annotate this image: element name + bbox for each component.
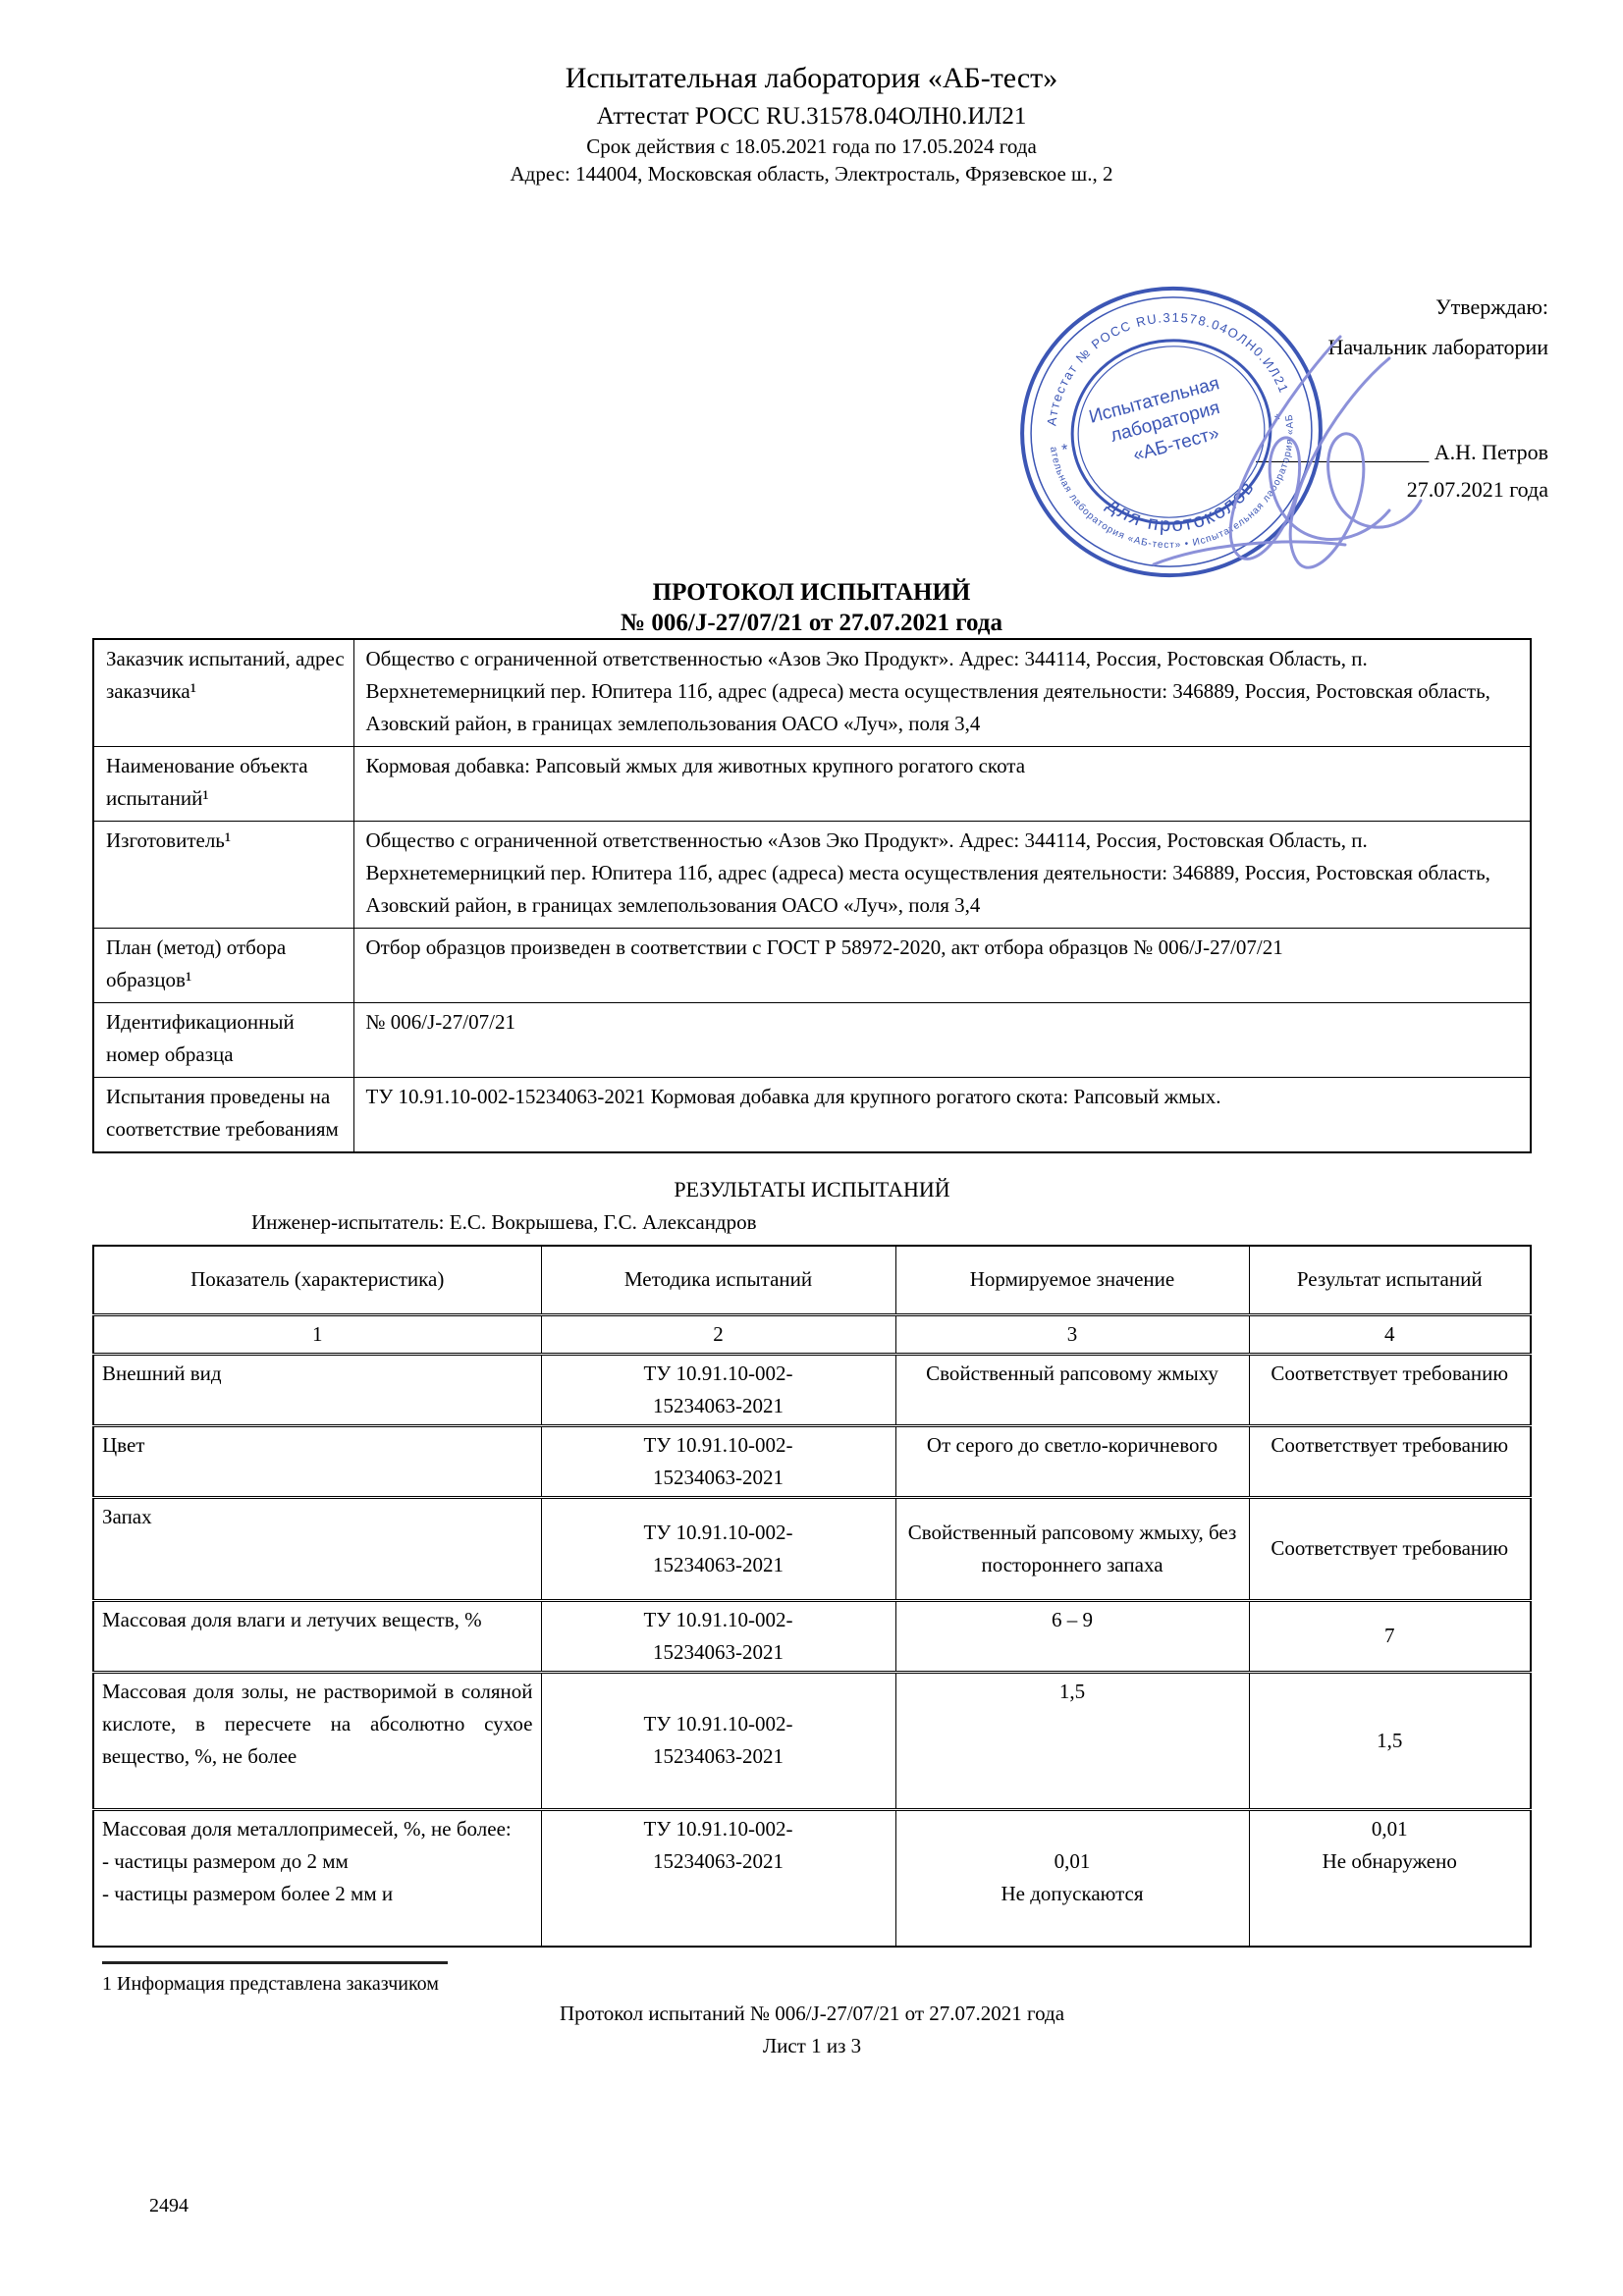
indicator-cell: Массовая доля влаги и летучих веществ, % bbox=[93, 1600, 541, 1672]
table-row: Цвет ТУ 10.91.10-002- 15234063-2021 От с… bbox=[93, 1425, 1531, 1497]
col-number: 4 bbox=[1249, 1314, 1531, 1354]
result-cell: 7 bbox=[1249, 1600, 1531, 1672]
protocol-title: ПРОТОКОЛ ИСПЫТАНИЙ bbox=[0, 577, 1623, 608]
column-numbers-row: 1 2 3 4 bbox=[93, 1314, 1531, 1354]
norm-cell: Свойственный рапсовому жмыху bbox=[895, 1354, 1249, 1425]
table-row: План (метод) отбора образцов¹ Отбор обра… bbox=[93, 929, 1531, 1003]
method-cell: ТУ 10.91.10-002- 15234063-2021 bbox=[541, 1354, 895, 1425]
col-result: Результат испытаний bbox=[1249, 1246, 1531, 1314]
results-header-row: Показатель (характеристика) Методика исп… bbox=[93, 1246, 1531, 1314]
table-row: Запах ТУ 10.91.10-002- 15234063-2021 Сво… bbox=[93, 1497, 1531, 1600]
table-row: Наименование объекта испытаний¹ Кормовая… bbox=[93, 747, 1531, 822]
info-value: ТУ 10.91.10-002-15234063-2021 Кормовая д… bbox=[353, 1078, 1531, 1153]
info-label: Заказчик испытаний, адрес заказчика¹ bbox=[93, 639, 353, 747]
indicator-cell: Массовая доля металлопримесей, %, не бол… bbox=[93, 1809, 541, 1947]
table-row: Испытания проведены на соответствие треб… bbox=[93, 1078, 1531, 1153]
table-row: Массовая доля влаги и летучих веществ, %… bbox=[93, 1600, 1531, 1672]
indicator-cell: Запах bbox=[93, 1497, 541, 1600]
col-number: 2 bbox=[541, 1314, 895, 1354]
footnote-separator bbox=[102, 1961, 448, 1964]
document-number: 2494 bbox=[149, 2195, 189, 2217]
protocol-number: № 006/J-27/07/21 от 27.07.2021 года bbox=[0, 608, 1623, 638]
info-label: Наименование объекта испытаний¹ bbox=[93, 747, 353, 822]
indicator-cell: Цвет bbox=[93, 1425, 541, 1497]
norm-cell: Свойственный рапсовому жмыху, без постор… bbox=[895, 1497, 1249, 1600]
table-row: Массовая доля золы, не растворимой в сол… bbox=[93, 1672, 1531, 1809]
approve-label: Утверждаю: bbox=[1435, 294, 1548, 320]
info-value: Общество с ограниченной ответственностью… bbox=[353, 822, 1531, 929]
norm-cell: 6 – 9 bbox=[895, 1600, 1249, 1672]
result-cell: 1,5 bbox=[1249, 1672, 1531, 1809]
stamp-star-left: * bbox=[1060, 442, 1069, 459]
method-cell: ТУ 10.91.10-002- 15234063-2021 bbox=[541, 1600, 895, 1672]
indicator-cell: Массовая доля золы, не растворимой в сол… bbox=[93, 1672, 541, 1809]
footnote: 1 Информация представлена заказчиком bbox=[102, 1970, 1532, 1998]
info-value: Отбор образцов произведен в соответствии… bbox=[353, 929, 1531, 1003]
info-label: Испытания проведены на соответствие треб… bbox=[93, 1078, 353, 1153]
sample-info-table: Заказчик испытаний, адрес заказчика¹ Общ… bbox=[92, 638, 1532, 1153]
col-number: 1 bbox=[93, 1314, 541, 1354]
indicator-cell: Внешний вид bbox=[93, 1354, 541, 1425]
col-norm: Нормируемое значение bbox=[895, 1246, 1249, 1314]
protocol-title-block: ПРОТОКОЛ ИСПЫТАНИЙ № 006/J-27/07/21 от 2… bbox=[0, 577, 1623, 638]
footer-sheet-number: Лист 1 из 3 bbox=[92, 2030, 1532, 2062]
col-method: Методика испытаний bbox=[541, 1246, 895, 1314]
result-cell: 0,01 Не обнаружено bbox=[1249, 1809, 1531, 1947]
info-value: Общество с ограниченной ответственностью… bbox=[353, 639, 1531, 747]
norm-cell: 0,01 Не допускаются bbox=[895, 1809, 1249, 1947]
info-label: План (метод) отбора образцов¹ bbox=[93, 929, 353, 1003]
table-row: Заказчик испытаний, адрес заказчика¹ Общ… bbox=[93, 639, 1531, 747]
method-cell: ТУ 10.91.10-002- 15234063-2021 bbox=[541, 1809, 895, 1947]
document-body: Заказчик испытаний, адрес заказчика¹ Общ… bbox=[92, 638, 1532, 2062]
lab-title: Испытательная лаборатория «АБ-тест» bbox=[0, 61, 1623, 96]
lab-address: Адрес: 144004, Московская область, Элект… bbox=[0, 160, 1623, 187]
signature-scribble bbox=[1095, 319, 1429, 614]
result-cell: Соответствует требованию bbox=[1249, 1497, 1531, 1600]
footer-protocol-ref: Протокол испытаний № 006/J-27/07/21 от 2… bbox=[92, 1998, 1532, 2030]
col-indicator: Показатель (характеристика) bbox=[93, 1246, 541, 1314]
table-row: Внешний вид ТУ 10.91.10-002- 15234063-20… bbox=[93, 1354, 1531, 1425]
validity-period: Срок действия с 18.05.2021 года по 17.05… bbox=[0, 133, 1623, 160]
method-cell: ТУ 10.91.10-002- 15234063-2021 bbox=[541, 1672, 895, 1809]
norm-cell: От серого до светло-коричневого bbox=[895, 1425, 1249, 1497]
engineer-line: Инженер-испытатель: Е.С. Вокрышева, Г.С.… bbox=[251, 1207, 1532, 1237]
attestation-number: Аттестат РОСС RU.31578.04ОЛН0.ИЛ21 bbox=[0, 101, 1623, 133]
table-row: Изготовитель¹ Общество с ограниченной от… bbox=[93, 822, 1531, 929]
results-section-title: РЕЗУЛЬТАТЫ ИСПЫТАНИЙ bbox=[92, 1175, 1532, 1204]
info-value: Кормовая добавка: Рапсовый жмых для живо… bbox=[353, 747, 1531, 822]
col-number: 3 bbox=[895, 1314, 1249, 1354]
info-label: Изготовитель¹ bbox=[93, 822, 353, 929]
result-cell: Соответствует требованию bbox=[1249, 1425, 1531, 1497]
info-label: Идентификационный номер образца bbox=[93, 1003, 353, 1078]
table-row: Массовая доля металлопримесей, %, не бол… bbox=[93, 1809, 1531, 1947]
document-page: Испытательная лаборатория «АБ-тест» Атте… bbox=[0, 0, 1623, 2296]
table-row: Идентификационный номер образца № 006/J-… bbox=[93, 1003, 1531, 1078]
method-cell: ТУ 10.91.10-002- 15234063-2021 bbox=[541, 1497, 895, 1600]
norm-cell: 1,5 bbox=[895, 1672, 1249, 1809]
method-cell: ТУ 10.91.10-002- 15234063-2021 bbox=[541, 1425, 895, 1497]
document-header: Испытательная лаборатория «АБ-тест» Атте… bbox=[0, 61, 1623, 187]
results-table: Показатель (характеристика) Методика исп… bbox=[92, 1245, 1532, 1948]
result-cell: Соответствует требованию bbox=[1249, 1354, 1531, 1425]
info-value: № 006/J-27/07/21 bbox=[353, 1003, 1531, 1078]
